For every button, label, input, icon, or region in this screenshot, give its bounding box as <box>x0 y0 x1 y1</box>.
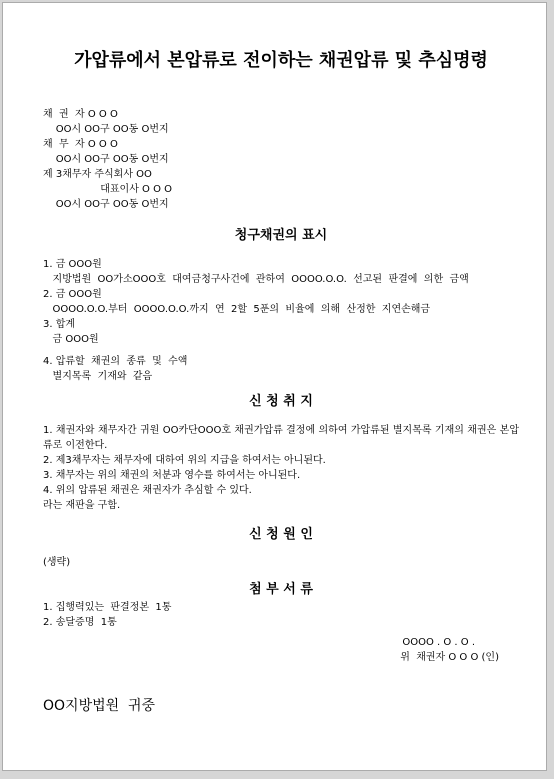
creditor-address: OO시 OO구 OO동 O번지 <box>43 122 519 137</box>
parties-block: 채 권 자 O O O OO시 OO구 OO동 O번지 채 무 자 O O O … <box>43 107 519 212</box>
attachment-item: 1. 집행력있는 판결정본 1통 <box>43 600 519 615</box>
page-title: 가압류에서 본압류로 전이하는 채권압류 및 추심명령 <box>43 49 519 73</box>
attachments-list: 1. 집행력있는 판결정본 1통 2. 송달증명 1통 <box>43 600 519 630</box>
document-content: 가압류에서 본압류로 전이하는 채권압류 및 추심명령 채 권 자 O O O … <box>3 3 546 716</box>
attachments-section-heading: 첨 부 서 류 <box>43 582 519 598</box>
signer-line: 위 채권자 O O O (인) <box>43 650 499 665</box>
reason-section-heading: 신 청 원 인 <box>43 527 519 543</box>
claim-item: 3. 합계 <box>43 317 519 332</box>
claim-item-detail: 별지목록 기재와 같음 <box>43 369 519 384</box>
claim-item-detail: 금 OOO원 <box>43 332 519 347</box>
third-debtor-representative: 대표이사 O O O <box>43 182 519 197</box>
court-address-line: OO지방법원 귀중 <box>43 696 519 716</box>
date-line: OOOO . O . O . <box>43 635 475 650</box>
claim-item: 2. 금 OOO원 <box>43 287 519 302</box>
claims-list: 1. 금 OOO원 지방법원 OO가소OOO호 대여금청구사건에 관하여 OOO… <box>43 257 519 347</box>
purport-item: 2. 제3채무자는 채무자에 대하여 위의 지급을 하여서는 아니된다. <box>43 453 519 468</box>
claim-item-detail: OOOO.O.O.부터 OOOO.O.O.까지 연 2할 5푼의 비율에 의해 … <box>43 302 519 317</box>
claims-section-heading: 청구채권의 표시 <box>43 228 519 244</box>
debtor-address: OO시 OO구 OO동 O번지 <box>43 152 519 167</box>
purport-item: 4. 위의 압류된 채권은 채권자가 추심할 수 있다. <box>43 483 519 498</box>
purport-closing-line: 라는 재판을 구함. <box>43 498 519 513</box>
claims-attachment-note: 4. 압류할 채권의 종류 및 수액 별지목록 기재와 같음 <box>43 354 519 384</box>
purport-item: 3. 채무자는 위의 채권의 처분과 영수를 하여서는 아니된다. <box>43 468 519 483</box>
claim-item-detail: 지방법원 OO가소OOO호 대여금청구사건에 관하여 OOOO.O.O. 선고된… <box>43 272 519 287</box>
third-debtor-address: OO시 OO구 OO동 O번지 <box>43 197 519 212</box>
closing-block: OOOO . O . O . 위 채권자 O O O (인) <box>43 635 519 665</box>
document-page: 가압류에서 본압류로 전이하는 채권압류 및 추심명령 채 권 자 O O O … <box>2 2 547 771</box>
third-debtor-line: 제 3채무자 주식회사 OO <box>43 167 519 182</box>
attachment-item: 2. 송달증명 1통 <box>43 615 519 630</box>
claim-item: 4. 압류할 채권의 종류 및 수액 <box>43 354 519 369</box>
claim-item: 1. 금 OOO원 <box>43 257 519 272</box>
reason-body: (생략) <box>43 555 519 570</box>
debtor-line: 채 무 자 O O O <box>43 137 519 152</box>
purport-item: 1. 채권자와 채무자간 귀원 OO카단OOO호 채권가압류 결정에 의하여 가… <box>43 423 519 453</box>
purport-section-heading: 신 청 취 지 <box>43 394 519 410</box>
creditor-line: 채 권 자 O O O <box>43 107 519 122</box>
purport-list: 1. 채권자와 채무자간 귀원 OO카단OOO호 채권가압류 결정에 의하여 가… <box>43 423 519 513</box>
